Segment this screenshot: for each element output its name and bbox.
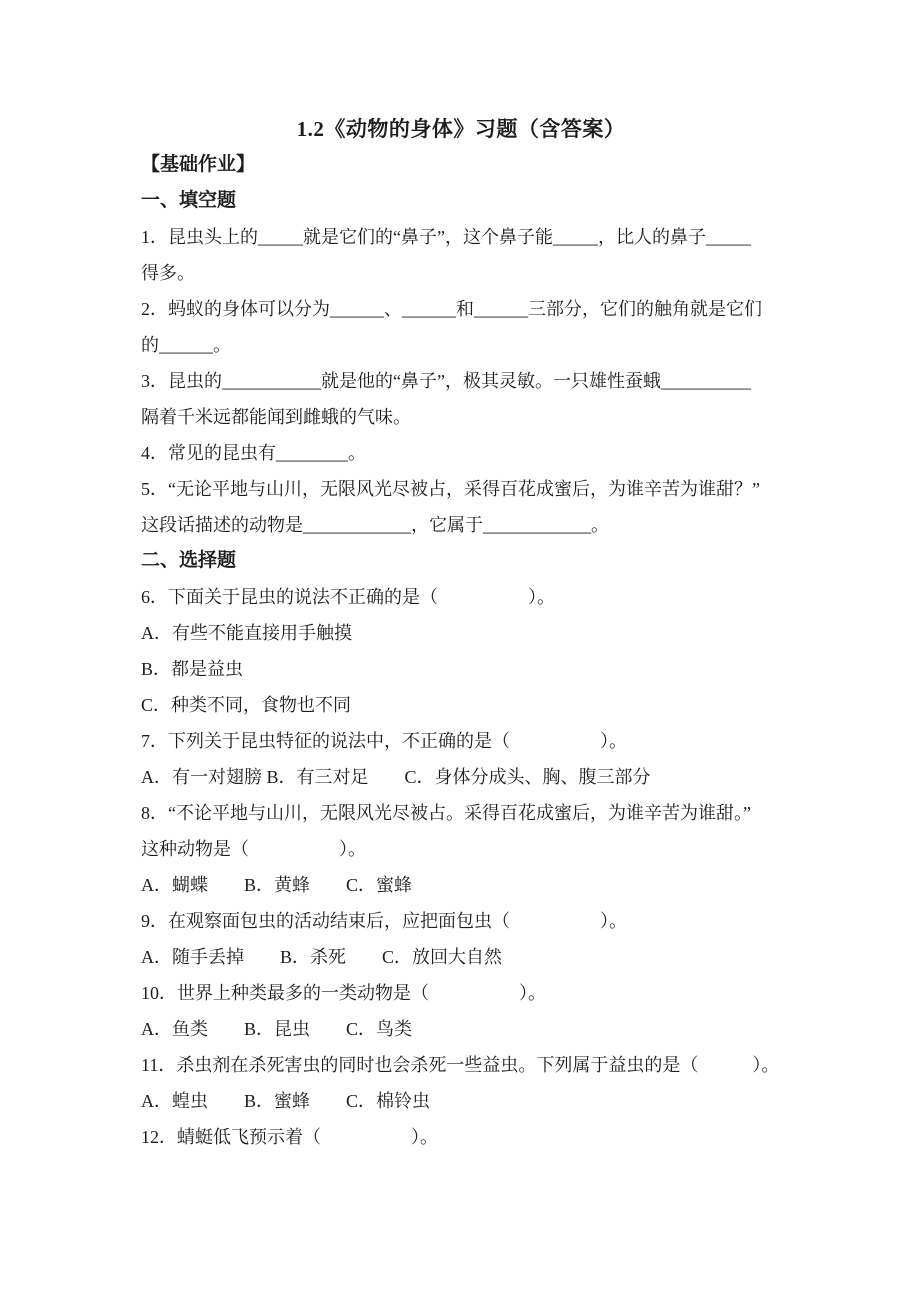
text-line: A．有些不能直接用手触摸 xyxy=(141,615,781,651)
text-line: 得多。 xyxy=(141,255,781,291)
part-heading: 二、选择题 xyxy=(141,543,781,579)
text-line: 的______。 xyxy=(141,327,781,363)
part-heading: 一、填空题 xyxy=(141,183,781,219)
text-line: 6．下面关于昆虫的说法不正确的是（ ）。 xyxy=(141,579,781,615)
text-line: 隔着千米远都能闻到雌蛾的气味。 xyxy=(141,399,781,435)
text-line: 11．杀虫剂在杀死害虫的同时也会杀死一些益虫。下列属于益虫的是（ ）。 xyxy=(141,1047,781,1083)
text-line: 2．蚂蚁的身体可以分为______、______和______三部分，它们的触角… xyxy=(141,291,781,327)
document-body: 一、填空题1．昆虫头上的_____就是它们的“鼻子”，这个鼻子能_____，比人… xyxy=(141,183,781,1155)
text-line: 8．“不论平地与山川，无限风光尽被占。采得百花成蜜后，为谁辛苦为谁甜。” xyxy=(141,795,781,831)
worksheet-page: 1.2《动物的身体》习题（含答案） 【基础作业】 一、填空题1．昆虫头上的___… xyxy=(0,0,920,1302)
text-line: 12．蜻蜓低飞预示着（ ）。 xyxy=(141,1119,781,1155)
section-header: 【基础作业】 xyxy=(141,147,781,183)
text-line: 1．昆虫头上的_____就是它们的“鼻子”，这个鼻子能_____，比人的鼻子__… xyxy=(141,219,781,255)
text-line: 7．下列关于昆虫特征的说法中，不正确的是（ ）。 xyxy=(141,723,781,759)
page-title: 1.2《动物的身体》习题（含答案） xyxy=(141,111,781,147)
text-line: C．种类不同，食物也不同 xyxy=(141,687,781,723)
text-line: 10．世界上种类最多的一类动物是（ ）。 xyxy=(141,975,781,1011)
text-line: 9．在观察面包虫的活动结束后，应把面包虫（ ）。 xyxy=(141,903,781,939)
text-line: A．蝴蝶 B．黄蜂 C．蜜蜂 xyxy=(141,867,781,903)
text-line: A．随手丢掉 B．杀死 C．放回大自然 xyxy=(141,939,781,975)
text-line: B．都是益虫 xyxy=(141,651,781,687)
text-line: A．蝗虫 B．蜜蜂 C．棉铃虫 xyxy=(141,1083,781,1119)
text-line: 这段话描述的动物是____________，它属于____________。 xyxy=(141,507,781,543)
text-line: 4．常见的昆虫有________。 xyxy=(141,435,781,471)
document-content: 1.2《动物的身体》习题（含答案） 【基础作业】 一、填空题1．昆虫头上的___… xyxy=(0,0,920,1155)
text-line: A．有一对翅膀 B．有三对足 C．身体分成头、胸、腹三部分 xyxy=(141,759,781,795)
text-line: 这种动物是（ ）。 xyxy=(141,831,781,867)
text-line: A．鱼类 B．昆虫 C．鸟类 xyxy=(141,1011,781,1047)
text-line: 5．“无论平地与山川，无限风光尽被占，采得百花成蜜后，为谁辛苦为谁甜？” xyxy=(141,471,781,507)
text-line: 3．昆虫的___________就是他的“鼻子”，极其灵敏。一只雄性蚕蛾____… xyxy=(141,363,781,399)
